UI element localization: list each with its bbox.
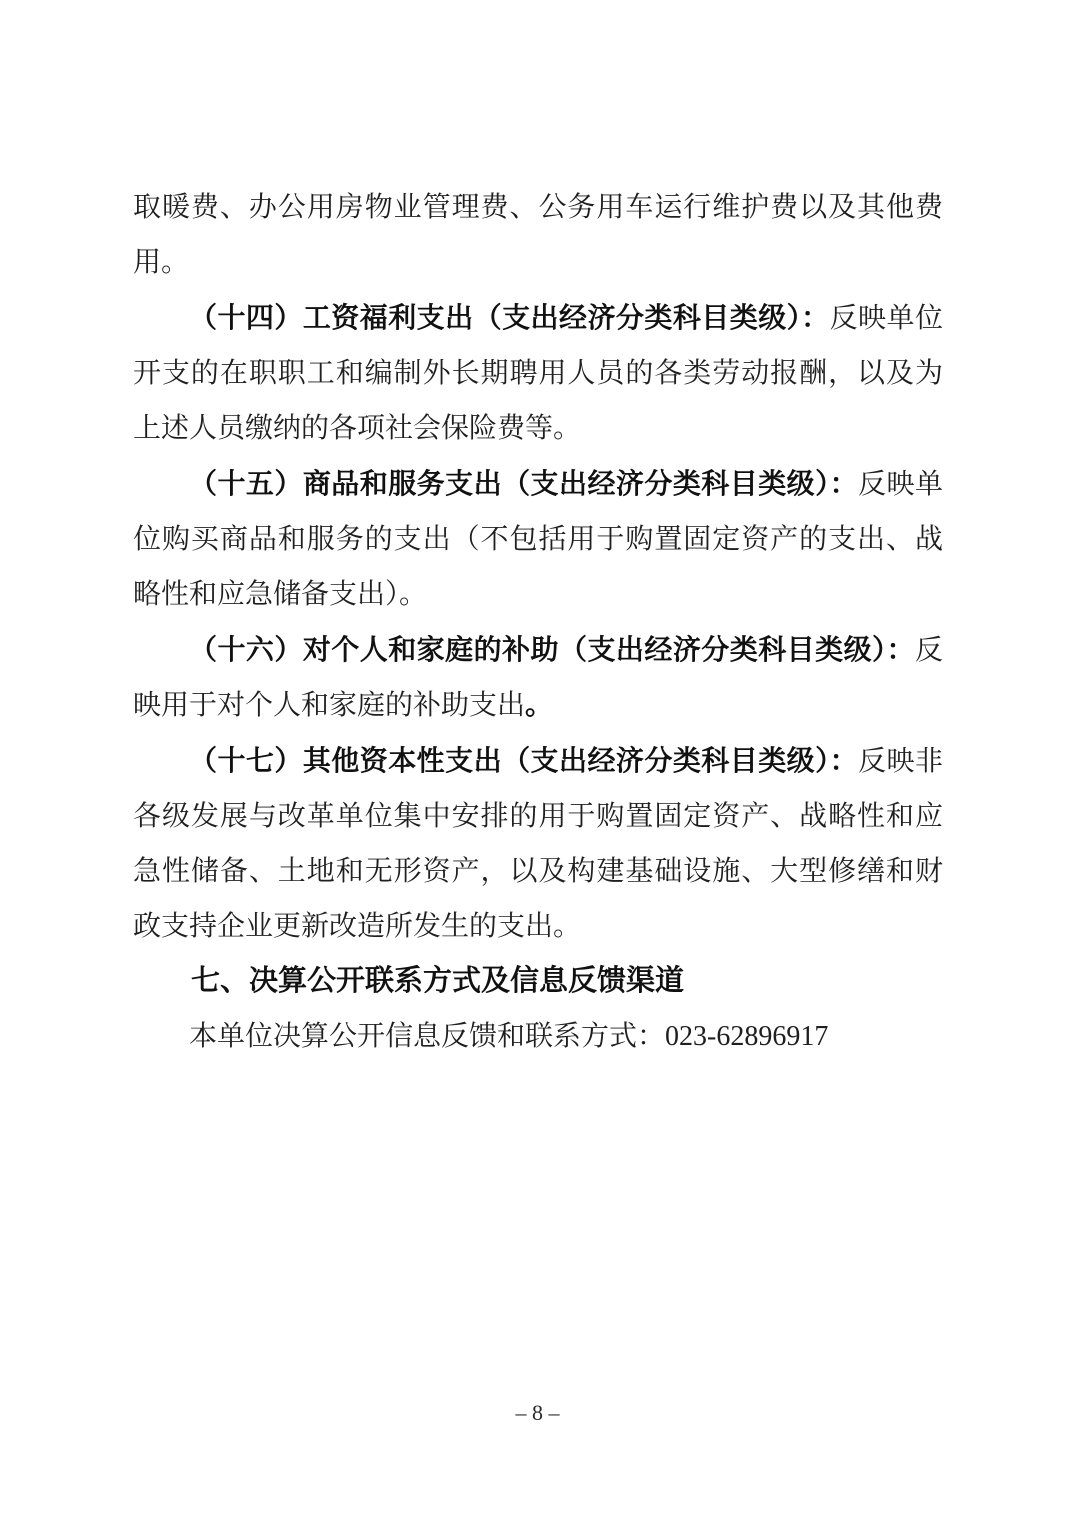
page-content: 取暖费、办公用房物业管理费、公务用车运行维护费以及其他费用。 （十四）工资福利支… bbox=[133, 180, 943, 1064]
contact-phone-number: 023-62896917 bbox=[665, 1021, 828, 1052]
section-heading: 七、决算公开联系方式及信息反馈渠道 bbox=[133, 954, 943, 1009]
page-number: – 8 – bbox=[0, 1398, 1075, 1428]
paragraph-continuation: 取暖费、办公用房物业管理费、公务用车运行维护费以及其他费用。 bbox=[133, 180, 943, 290]
section-heading-text: 七、决算公开联系方式及信息反馈渠道 bbox=[191, 965, 684, 997]
clause-paragraph-15: （十五）商品和服务支出（支出经济分类科目类级）：反映单位购买商品和服务的支出（不… bbox=[133, 456, 943, 622]
paragraph-text: 取暖费、办公用房物业管理费、公务用车运行维护费以及其他费用。 bbox=[133, 192, 943, 278]
clause-lead: （十六）对个人和家庭的补助（支出经济分类科目类级）： bbox=[189, 634, 915, 665]
clause-body-end: 。 bbox=[525, 690, 553, 721]
clause-lead: （十五）商品和服务支出（支出经济分类科目类级）： bbox=[189, 468, 858, 499]
contact-label: 本单位决算公开信息反馈和联系方式： bbox=[189, 1021, 665, 1052]
clause-lead: （十四）工资福利支出（支出经济分类科目类级）： bbox=[189, 302, 830, 333]
document-page: 取暖费、办公用房物业管理费、公务用车运行维护费以及其他费用。 （十四）工资福利支… bbox=[0, 0, 1075, 1520]
clause-paragraph-14: （十四）工资福利支出（支出经济分类科目类级）：反映单位开支的在职职工和编制外长期… bbox=[133, 290, 943, 456]
clause-paragraph-17: （十七）其他资本性支出（支出经济分类科目类级）：反映非各级发展与改革单位集中安排… bbox=[133, 733, 943, 954]
clause-paragraph-16: （十六）对个人和家庭的补助（支出经济分类科目类级）：反映用于对个人和家庭的补助支… bbox=[133, 622, 943, 733]
contact-line: 本单位决算公开信息反馈和联系方式：023-62896917 bbox=[133, 1009, 943, 1064]
clause-lead: （十七）其他资本性支出（支出经济分类科目类级）： bbox=[189, 745, 858, 776]
